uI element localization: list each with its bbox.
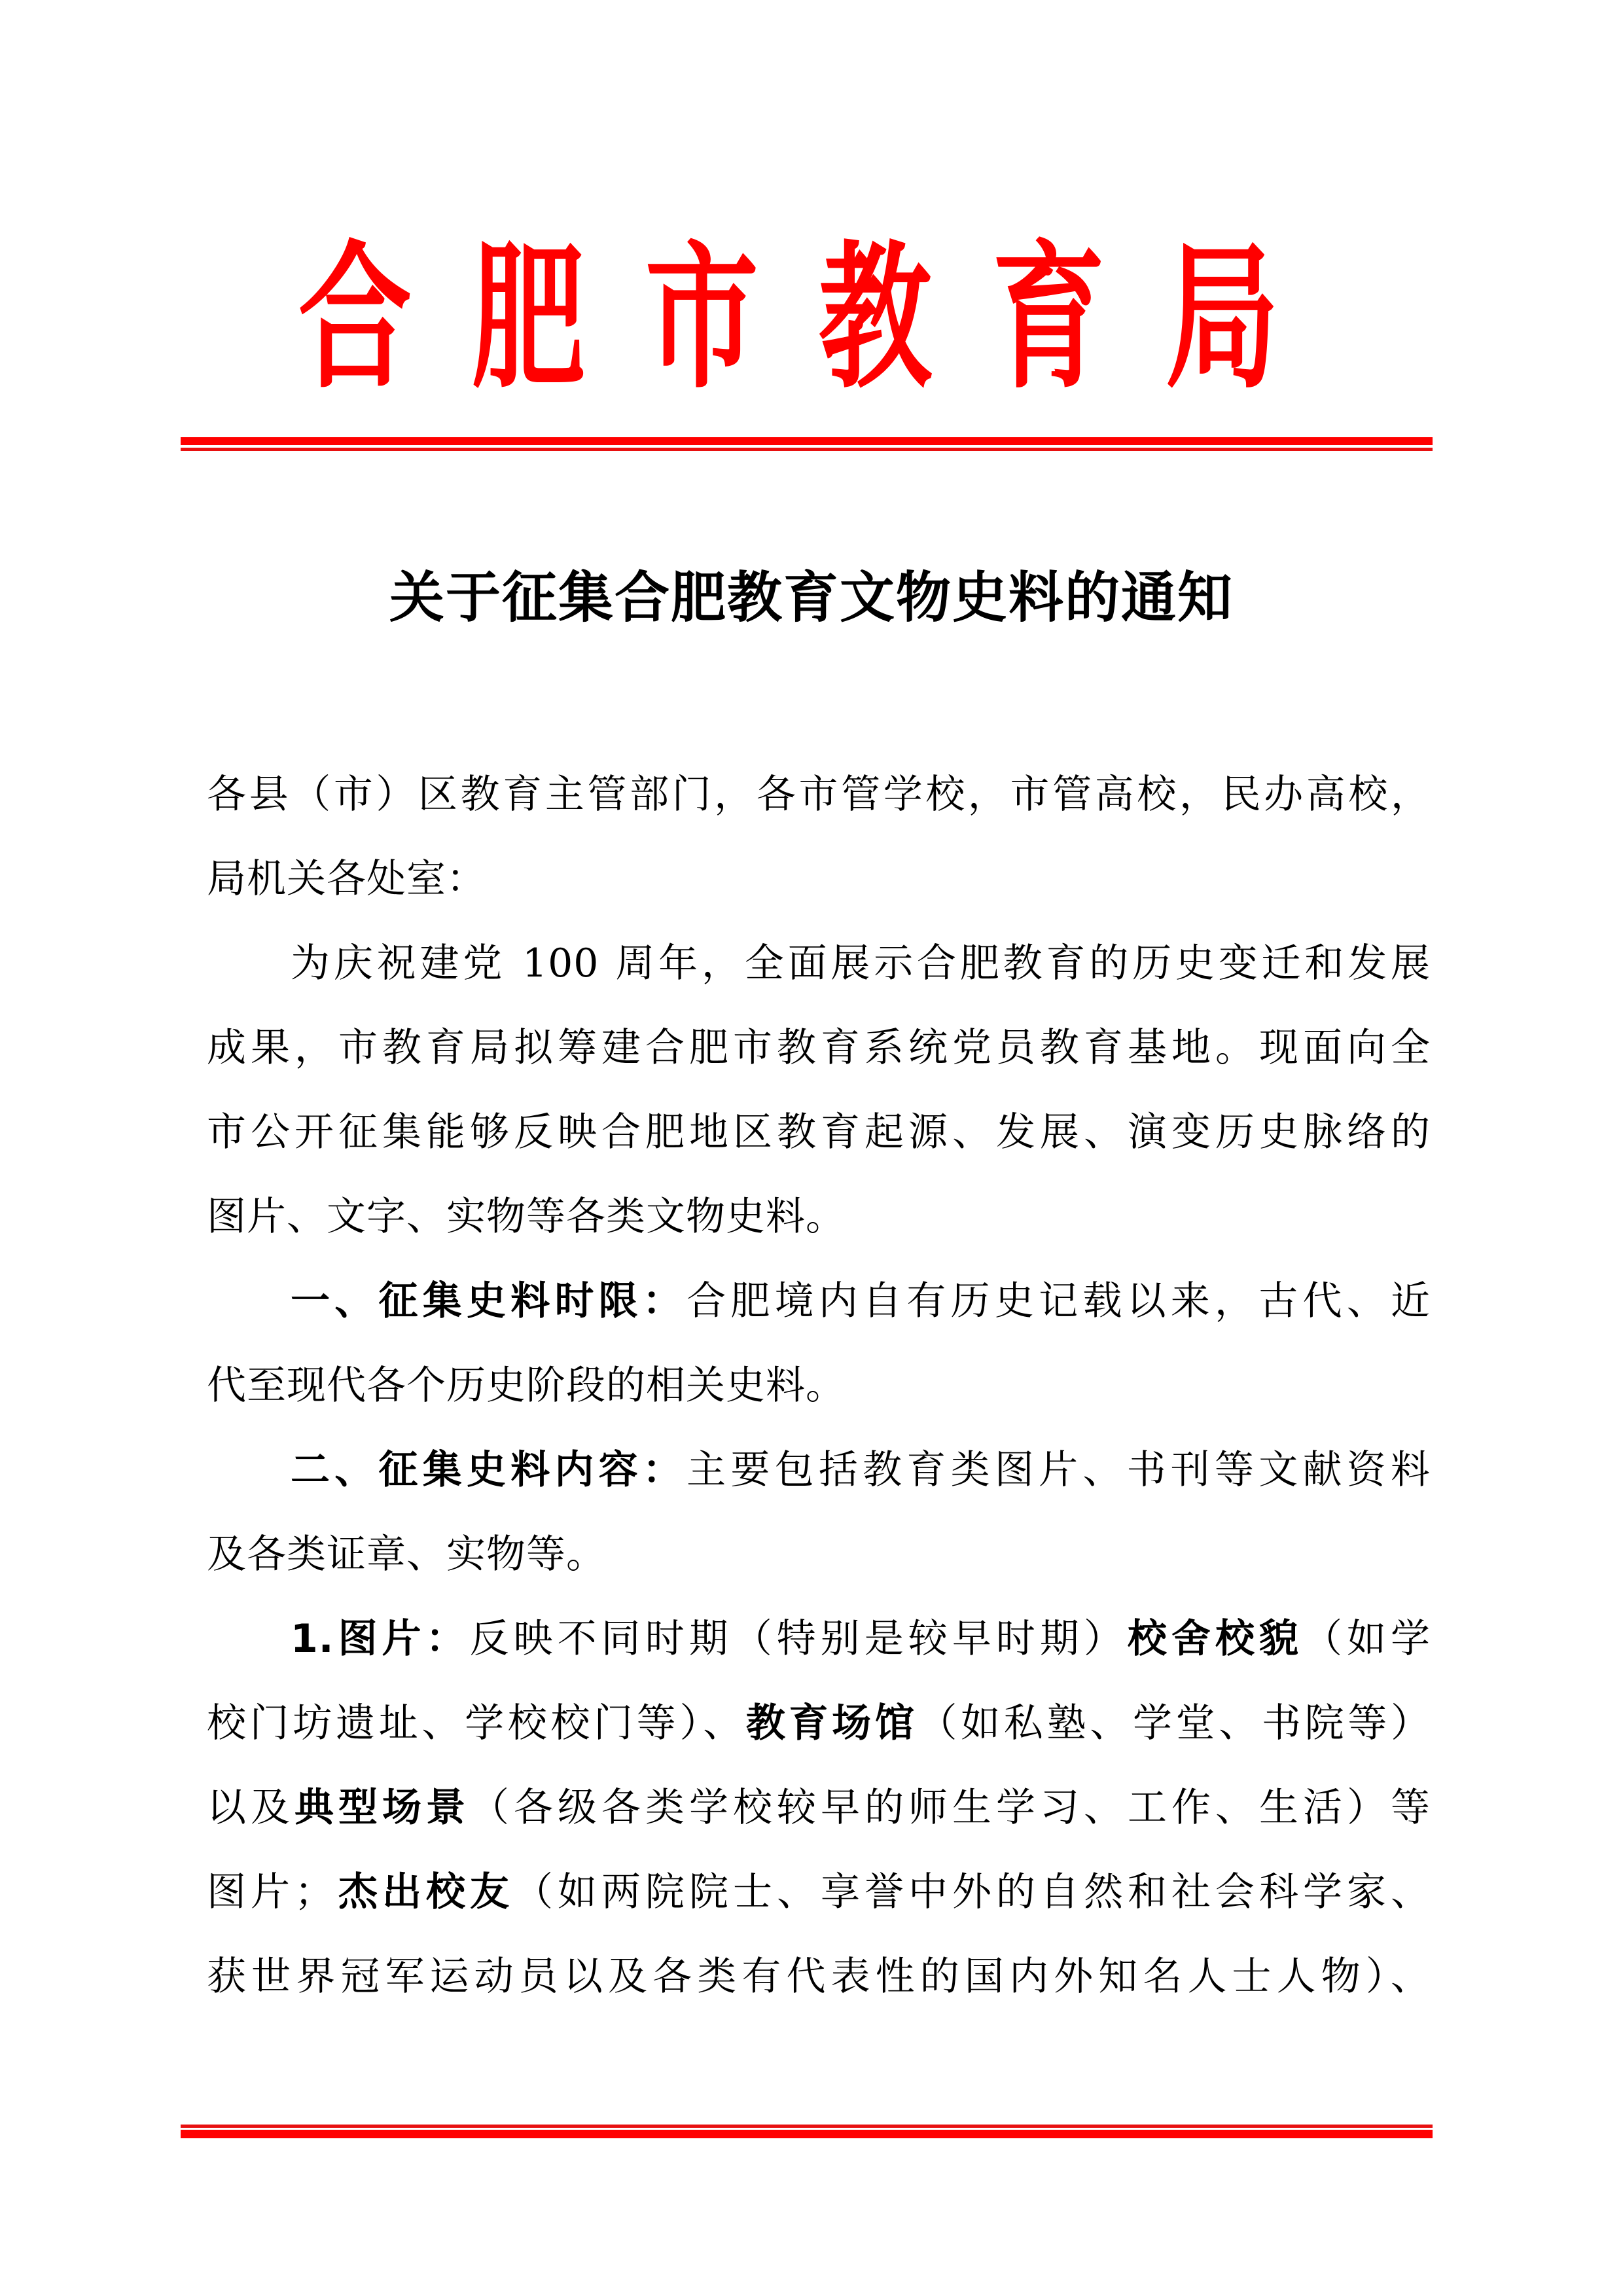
paragraph-line: 图片、文字、实物等各类文物史料。 <box>207 1175 1431 1259</box>
document-title: 关于征集合肥教育文物史料的通知 <box>0 562 1623 634</box>
letterhead-char: 合 <box>298 223 423 412</box>
item-text: （如私塾、学堂、书院等） <box>918 1700 1431 1746</box>
item-heading: 1.图片： <box>291 1616 470 1662</box>
intro-paragraph: 为庆祝建党 100 周年，全面展示合肥教育的历史变迁和发展 成果，市教育局拟筹建… <box>207 922 1431 1259</box>
section-text: 主要包括教育类图片、书刊等文献资料 <box>687 1447 1431 1493</box>
divider-thick-bar <box>181 437 1433 445</box>
item-text: 反映不同时期（特别是较早时期） <box>470 1616 1128 1662</box>
salutation: 各县（市）区教育主管部门，各市管学校，市管高校，民办高校， 局机关各处室： <box>207 753 1431 922</box>
divider-thin-bar <box>181 448 1433 451</box>
footer-divider <box>181 2123 1433 2139</box>
section-collection-period: 一、征集史料时限：合肥境内自有历史记载以来，古代、近 代至现代各个历史阶段的相关… <box>207 1259 1431 1428</box>
item-keyword: 校舍校貌 <box>1128 1616 1303 1662</box>
paragraph-line: 成果，市教育局拟筹建合肥市教育系统党员教育基地。现面向全 <box>207 1006 1431 1090</box>
divider-thin-bar <box>181 2125 1433 2128</box>
letterhead: 合 肥 市 教 育 局 <box>181 223 1433 412</box>
paragraph-line: 校门坊遗址、学校校门等）、教育场馆（如私塾、学堂、书院等） <box>207 1681 1431 1766</box>
item-pictures: 1.图片：反映不同时期（特别是较早时期）校舍校貌（如学 校门坊遗址、学校校门等）… <box>207 1597 1431 2019</box>
letterhead-char: 教 <box>819 223 944 412</box>
paragraph-line: 1.图片：反映不同时期（特别是较早时期）校舍校貌（如学 <box>207 1597 1431 1681</box>
paragraph-line: 为庆祝建党 100 周年，全面展示合肥教育的历史变迁和发展 <box>207 922 1431 1006</box>
paragraph-line: 市公开征集能够反映合肥地区教育起源、发展、演变历史脉络的 <box>207 1090 1431 1175</box>
item-text: （如学 <box>1303 1616 1431 1662</box>
paragraph-line: 图片；杰出校友（如两院院士、享誉中外的自然和社会科学家、 <box>207 1850 1431 1935</box>
divider-thick-bar <box>181 2130 1433 2138</box>
salutation-line: 局机关各处室： <box>207 837 1431 922</box>
item-text: 以及 <box>207 1785 294 1831</box>
item-keyword: 典型场景 <box>294 1785 470 1831</box>
paragraph-line: 及各类证章、实物等。 <box>207 1513 1431 1597</box>
salutation-line: 各县（市）区教育主管部门，各市管学校，市管高校，民办高校， <box>207 753 1431 837</box>
item-keyword: 杰出校友 <box>334 1869 514 1915</box>
paragraph-line: 一、征集史料时限：合肥境内自有历史记载以来，古代、近 <box>207 1259 1431 1344</box>
paragraph-line: 代至现代各个历史阶段的相关史料。 <box>207 1344 1431 1428</box>
item-text: （如两院院士、享誉中外的自然和社会科学家、 <box>514 1869 1431 1915</box>
letterhead-divider-top <box>181 437 1433 452</box>
section-heading: 一、征集史料时限： <box>291 1278 687 1324</box>
paragraph-line: 获世界冠军运动员以及各类有代表性的国内外知名人士人物）、 <box>207 1935 1431 2019</box>
item-text: 校门坊遗址、学校校门等）、 <box>207 1700 746 1746</box>
section-text: 合肥境内自有历史记载以来，古代、近 <box>687 1278 1431 1324</box>
letterhead-char: 局 <box>1166 223 1291 412</box>
letterhead-char: 肥 <box>472 223 597 412</box>
letterhead-char: 市 <box>645 223 770 412</box>
item-keyword: 教育场馆 <box>746 1700 918 1746</box>
document-body: 各县（市）区教育主管部门，各市管学校，市管高校，民办高校， 局机关各处室： 为庆… <box>207 753 1431 2019</box>
section-collection-content: 二、征集史料内容：主要包括教育类图片、书刊等文献资料 及各类证章、实物等。 <box>207 1428 1431 1597</box>
section-heading: 二、征集史料内容： <box>291 1447 687 1493</box>
organization-name: 合 肥 市 教 育 局 <box>298 223 1339 412</box>
item-text: （各级各类学校较早的师生学习、工作、生活）等 <box>470 1785 1431 1831</box>
paragraph-line: 以及典型场景（各级各类学校较早的师生学习、工作、生活）等 <box>207 1766 1431 1850</box>
paragraph-line: 二、征集史料内容：主要包括教育类图片、书刊等文献资料 <box>207 1428 1431 1513</box>
letterhead-char: 育 <box>992 223 1117 412</box>
item-text: 图片； <box>207 1869 334 1915</box>
